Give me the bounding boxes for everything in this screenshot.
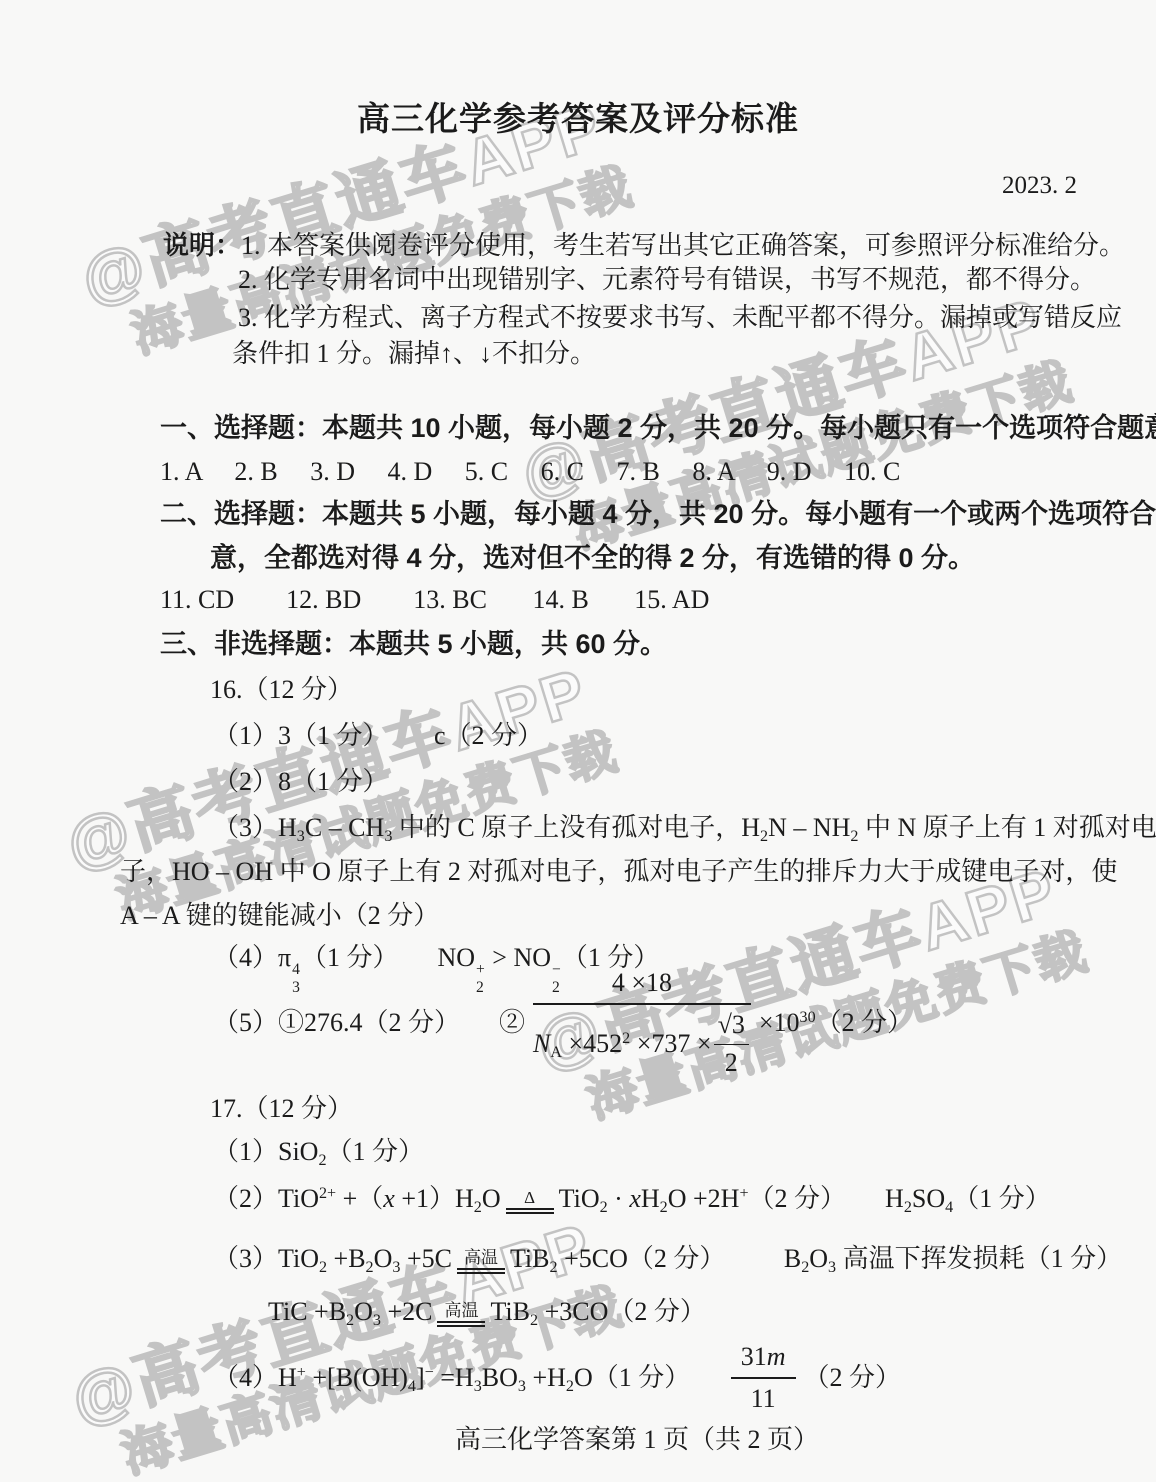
q16-answer-2: （2）8（1 分） (213, 766, 389, 799)
instruction-item-2: 2. 化学专用名词中出现错别字、元素符号有错误，书写不规范，都不得分。 (238, 264, 1096, 297)
reaction-equals-delta: Δ (506, 1189, 554, 1214)
equation-text: （4）H+ +[B(OH)4]− =H3BO3 +H2O（1 分） (213, 1362, 723, 1395)
equation-right: TiO2 · xH2O +2H+（2 分） H2SO4（1 分） (559, 1184, 1051, 1213)
nested-denominator: 2 (725, 1045, 738, 1080)
question-17-title: 17.（12 分） (210, 1093, 353, 1126)
q17-answer-3-line-2: TiC +B2O3 +2C高温TiB2 +3CO（2 分） (268, 1296, 706, 1329)
section-1-answers: 1. A 2. B 3. D 4. D 5. C 6. C 7. B 8. A … (160, 456, 900, 489)
fraction-numerator: 31m (731, 1341, 796, 1380)
question-16-title: 16.（12 分） (210, 674, 353, 707)
q16-answer-5-suffix: ×1030（2 分） (759, 1007, 913, 1040)
section-2-heading-line-1: 二、选择题：本题共 5 小题，每小题 4 分，共 20 分。每小题有一个或两个选… (160, 498, 1156, 532)
equation-right: TiB2 +3CO（2 分） (490, 1297, 705, 1326)
q16-answer-5-prefix: （5）①276.4（2 分） ② (213, 1007, 525, 1040)
section-2-heading-line-2: 意，全都选对得 4 分，选对但不全的得 2 分，有选错的得 0 分。 (210, 542, 975, 576)
nested-numerator: √3 (714, 1009, 749, 1045)
nested-fraction: √3 2 (714, 1009, 749, 1079)
instructions-label: 说明： (163, 230, 241, 260)
q17-answer-2: （2）TiO2+ +（x +1）H2OΔTiO2 · xH2O +2H+（2 分… (213, 1183, 1051, 1216)
reaction-equals-high-temp: 高温 (437, 1302, 485, 1327)
exam-date: 2023. 2 (1002, 170, 1077, 201)
fraction-denominator: NA ×4522 ×737 × √3 2 (533, 1005, 751, 1079)
q16-answer-5: （5）①276.4（2 分） ② 4 ×18 NA ×4522 ×737 × √… (213, 968, 913, 1078)
section-2-answers: 11. CD 12. BD 13. BC 14. B 15. AD (160, 584, 709, 617)
equation-right: TiB2 +5CO（2 分） B2O3 高温下挥发损耗（1 分） (510, 1244, 1122, 1273)
fraction-denominator: 11 (751, 1379, 776, 1416)
reaction-condition: 高温 (464, 1249, 498, 1266)
q17-answer-3-line-1: （3）TiO2 +B2O3 +5C高温TiB2 +5CO（2 分） B2O3 高… (213, 1243, 1122, 1276)
q16-answer-3-line-1: （3）H3C – CH3 中的 C 原子上没有孤对电子，H2N – NH2 中 … (213, 812, 1156, 845)
q16-answer-5-fraction: 4 ×18 NA ×4522 ×737 × √3 2 (533, 967, 751, 1080)
answer-key-page: @高考直通车APP 海量高清试题免费下载 @高考直通车APP 海量高清试题免费下… (0, 0, 1156, 1482)
double-bond-line (506, 1208, 554, 1214)
instruction-item-3-line-2: 条件扣 1 分。漏掉↑、↓不扣分。 (232, 338, 596, 371)
equation-left: （2）TiO2+ +（x +1）H2O (213, 1184, 501, 1213)
equation-left: TiC +B2O3 +2C (268, 1297, 432, 1326)
instruction-item-1: 1. 本答案供阅卷评分使用，考生若写出其它正确答案，可参照评分标准给分。 (241, 231, 1125, 260)
q16-answer-3-line-2: 子，HO – OH 中 O 原子上有 2 对孤对电子，孤对电子产生的排斥力大于成… (120, 856, 1117, 889)
q17-answer-4-fraction: 31m 11 (731, 1341, 796, 1416)
q17-answer-1: （1）SiO2（1 分） (213, 1136, 424, 1169)
fraction-numerator: 4 ×18 (533, 967, 751, 1006)
double-bond-line (457, 1268, 505, 1274)
reaction-equals-high-temp: 高温 (457, 1249, 505, 1274)
double-bond-line (437, 1321, 485, 1327)
document-content: 高三化学参考答案及评分标准 2023. 2 说明：1. 本答案供阅卷评分使用，考… (0, 0, 1156, 1482)
q16-answer-1: （1）3（1 分） c（2 分） (213, 720, 543, 753)
denominator-text: NA ×4522 ×737 × (533, 1028, 712, 1061)
section-3-heading: 三、非选择题：本题共 5 小题，共 60 分。 (160, 628, 667, 662)
q17-answer-4-score: （2 分） (804, 1362, 902, 1395)
section-1-heading: 一、选择题：本题共 10 小题，每小题 2 分，共 20 分。每小题只有一个选项… (160, 412, 1156, 446)
page-footer: 高三化学答案第 1 页（共 2 页） (455, 1424, 819, 1457)
q16-answer-3-line-3: A – A 键的键能减小（2 分） (120, 900, 439, 933)
reaction-condition: Δ (524, 1189, 535, 1206)
page-title: 高三化学参考答案及评分标准 (0, 98, 1156, 139)
instruction-item-3-line-1: 3. 化学方程式、离子方程式不按要求书写、未配平都不得分。漏掉或写错反应 (238, 302, 1122, 335)
instructions-line-1: 说明：1. 本答案供阅卷评分使用，考生若写出其它正确答案，可参照评分标准给分。 (163, 229, 1125, 263)
q17-answer-4: （4）H+ +[B(OH)4]− =H3BO3 +H2O（1 分） 31m 11… (213, 1342, 901, 1414)
reaction-condition: 高温 (444, 1302, 478, 1319)
equation-left: （3）TiO2 +B2O3 +5C (213, 1244, 452, 1273)
